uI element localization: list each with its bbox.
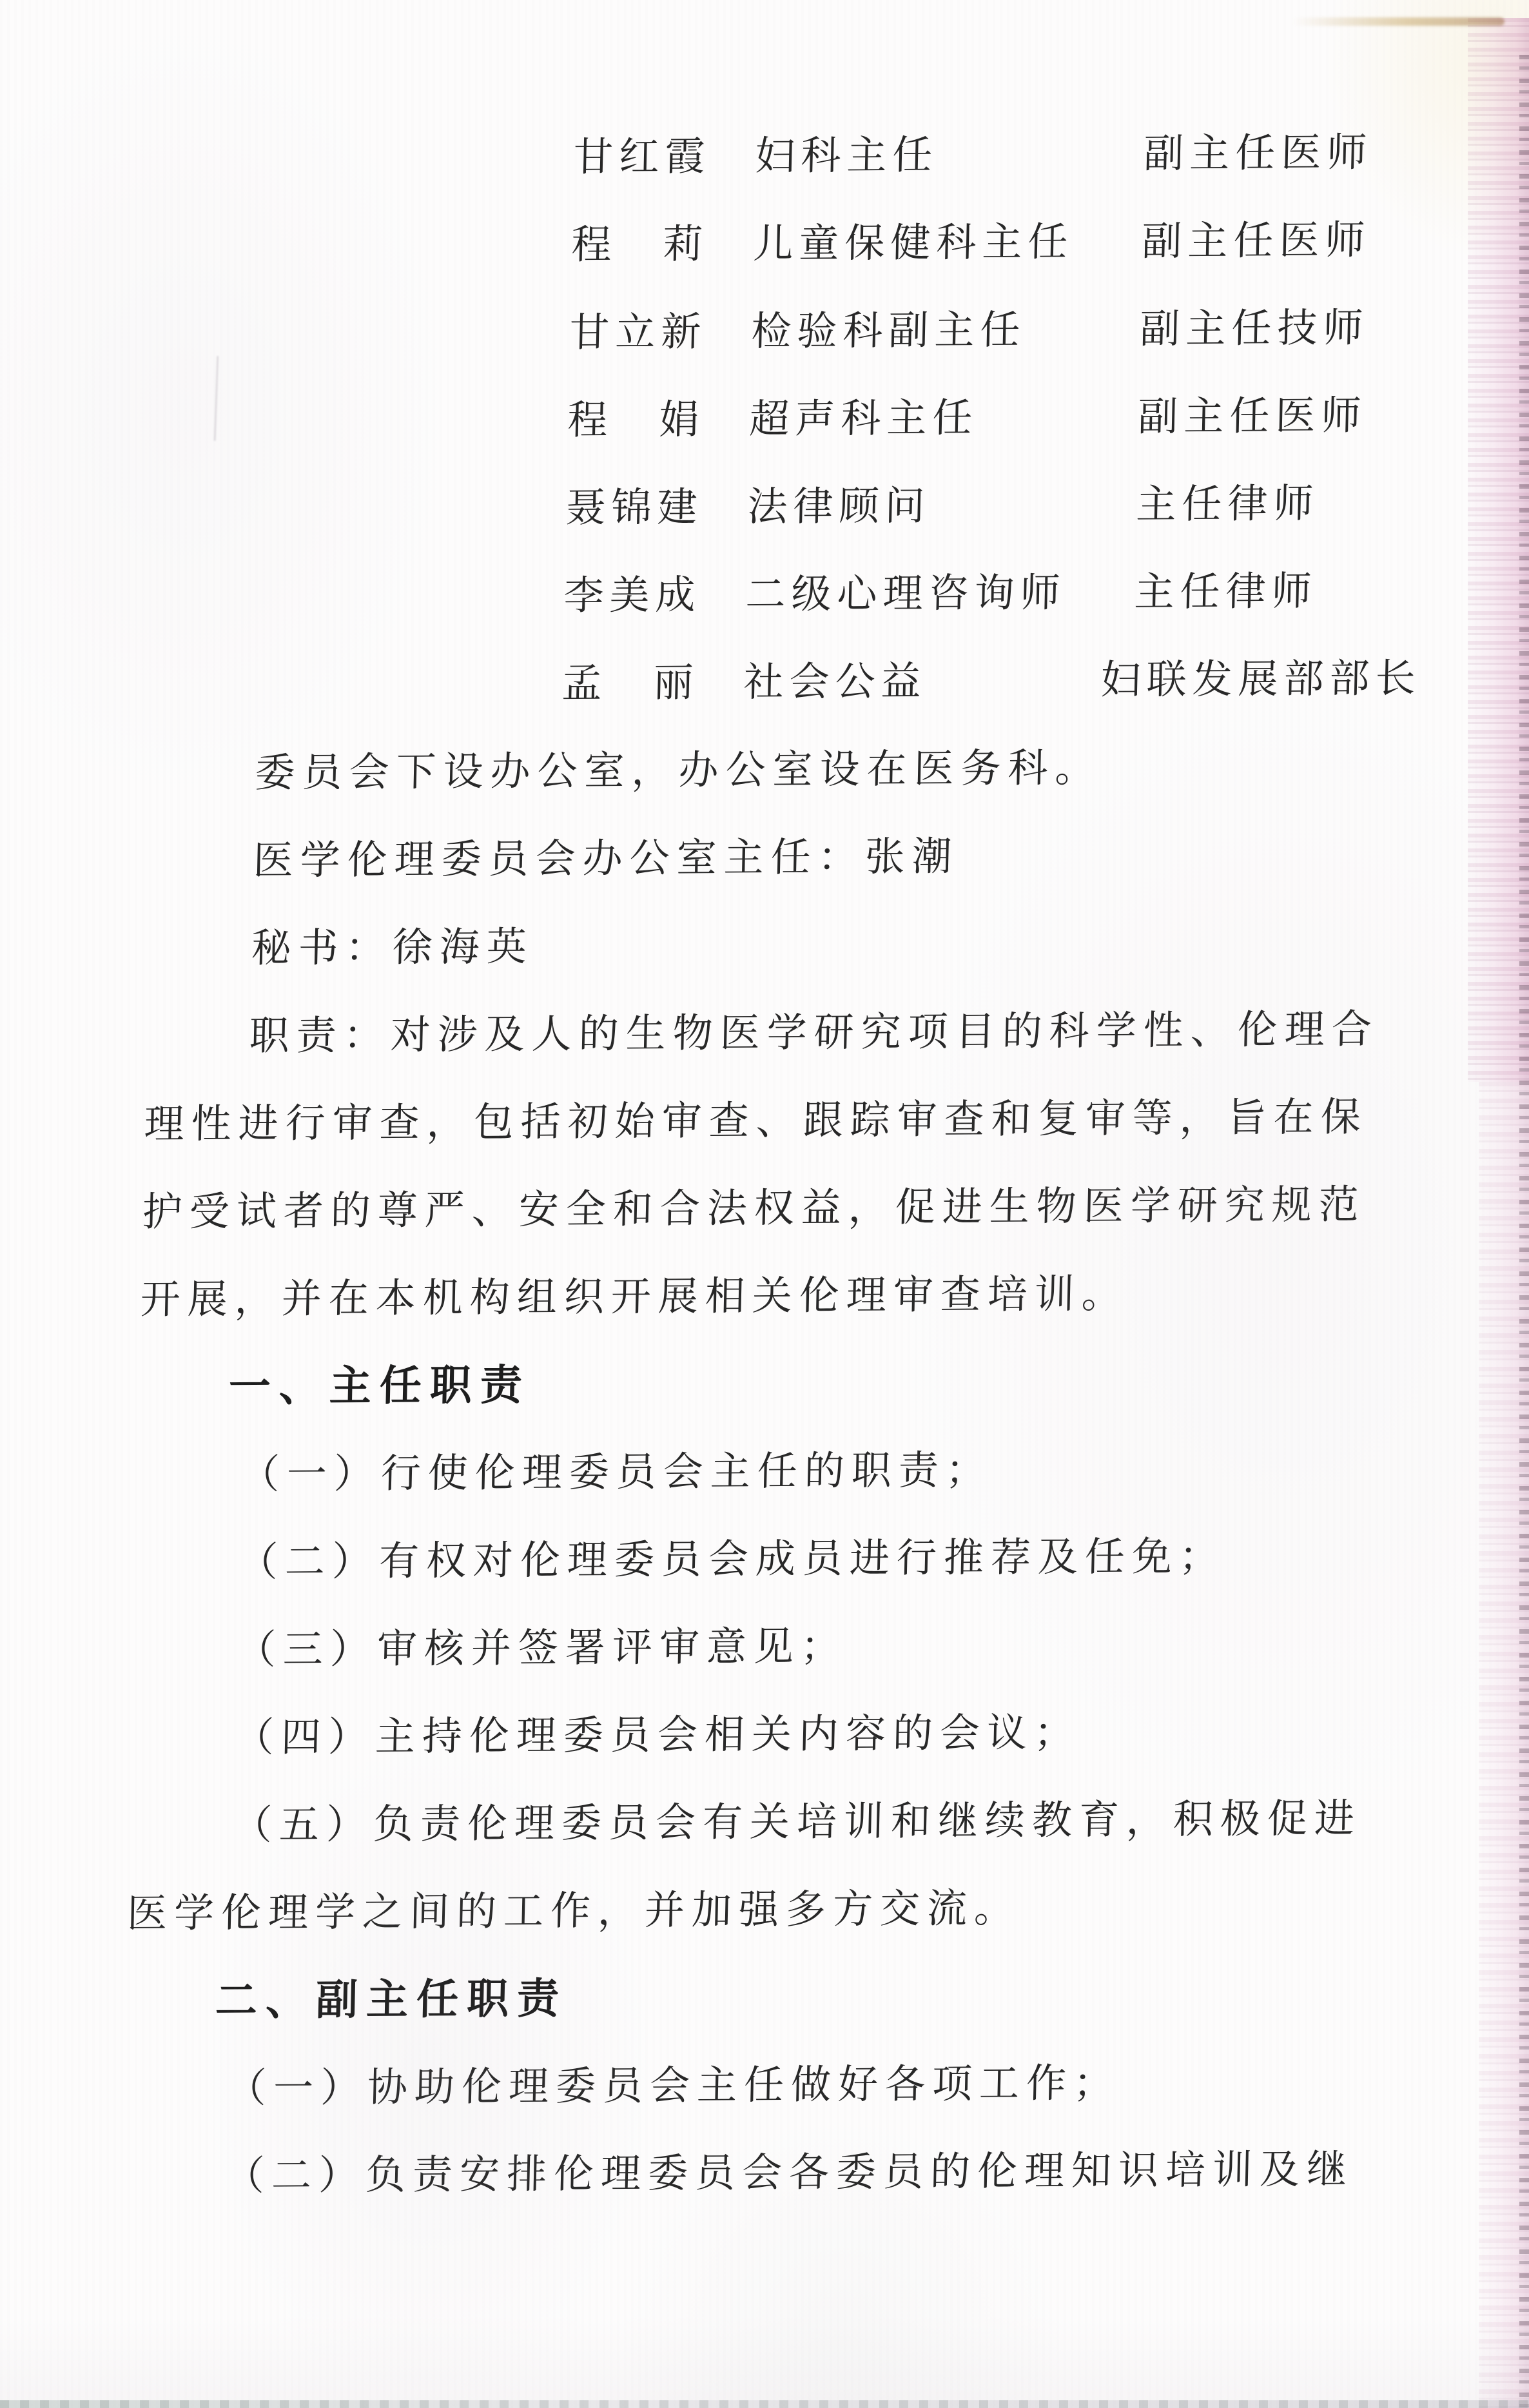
paragraph-line: 医学伦理委员会办公室主任：张潮 xyxy=(253,834,960,885)
member-title: 副主任医师 xyxy=(1138,393,1368,440)
section-heading: 二、副主任职责 xyxy=(215,1976,568,2024)
scanned-document-page: 甘红霞 妇科主任 副主任医师 程 莉 儿童保健科主任 副主任医师 甘立新 检验科… xyxy=(0,0,1529,2408)
list-item: （四）主持伦理委员会相关内容的会议； xyxy=(233,1710,1082,1761)
member-position: 二级心理咨询师 xyxy=(745,570,1067,618)
list-item: （一）协助伦理委员会主任做好各项工作； xyxy=(226,2061,1121,2112)
document-content: 甘红霞 妇科主任 副主任医师 程 莉 儿童保健科主任 副主任医师 甘立新 检验科… xyxy=(0,0,1529,2408)
paragraph-line: 委员会下设办公室，办公室设在医务科。 xyxy=(255,745,1103,797)
member-position: 检验科副主任 xyxy=(751,307,1027,355)
member-position: 儿童保健科主任 xyxy=(753,219,1075,268)
list-item: （二）负责安排伦理委员会各委员的伦理知识培训及继 xyxy=(224,2146,1354,2200)
member-name: 程 莉 xyxy=(571,221,710,268)
member-title: 主任律师 xyxy=(1136,481,1320,529)
member-title: 主任律师 xyxy=(1134,569,1318,616)
member-position: 妇科主任 xyxy=(755,132,939,180)
member-name: 李美成 xyxy=(563,573,702,620)
member-name: 孟 丽 xyxy=(561,660,700,707)
member-title: 副主任技师 xyxy=(1140,305,1370,353)
member-title: 副主任医师 xyxy=(1144,130,1374,177)
list-item: （五）负责伦理委员会有关培训和继续教育，积极促进 xyxy=(231,1796,1362,1849)
paragraph-line: 理性进行审查，包括初始审查、跟踪审查和复审等，旨在保 xyxy=(144,1094,1368,1148)
member-position: 法律顾问 xyxy=(747,483,931,531)
member-title: 副主任医师 xyxy=(1142,217,1372,265)
member-name: 程 娟 xyxy=(567,397,706,444)
table-row: 孟 丽 社会公益 妇联发展部部长 xyxy=(8,655,1529,715)
paragraph-line: 秘书：徐海英 xyxy=(251,924,534,972)
paragraph-line: 职责：对涉及人的生物医学研究项目的科学性、伦理合 xyxy=(249,1006,1379,1060)
table-row: 聂锦建 法律顾问 主任律师 xyxy=(12,480,1529,540)
list-item: （二）有权对伦理委员会成员进行推荐及任免； xyxy=(237,1534,1227,1586)
member-title: 妇联发展部部长 xyxy=(1100,656,1422,704)
member-name: 甘红霞 xyxy=(573,133,712,181)
section-heading: 一、主任职责 xyxy=(228,1362,531,1411)
member-name: 甘立新 xyxy=(569,309,708,357)
paragraph-line: 开展，并在本机构组织开展相关伦理审查培训。 xyxy=(140,1271,1129,1324)
table-row: 甘红霞 妇科主任 副主任医师 xyxy=(19,129,1529,189)
table-row: 程 莉 儿童保健科主任 副主任医师 xyxy=(18,217,1529,277)
list-item-continuation: 医学伦理学之间的工作，并加强多方交流。 xyxy=(126,1886,1022,1937)
list-item: （三）审核并签署评审意见； xyxy=(235,1623,848,1674)
paragraph-line: 护受试者的尊严、安全和合法权益，促进生物医学研究规范 xyxy=(142,1182,1367,1236)
table-row: 李美成 二级心理咨询师 主任律师 xyxy=(10,567,1529,627)
member-position: 超声科主任 xyxy=(749,395,979,443)
table-row: 甘立新 检验科副主任 副主任技师 xyxy=(16,304,1529,364)
member-position: 社会公益 xyxy=(743,658,928,706)
list-item: （一）行使伦理委员会主任的职责； xyxy=(239,1447,993,1498)
member-name: 聂锦建 xyxy=(565,485,704,532)
table-row: 程 娟 超声科主任 副主任医师 xyxy=(14,392,1529,452)
